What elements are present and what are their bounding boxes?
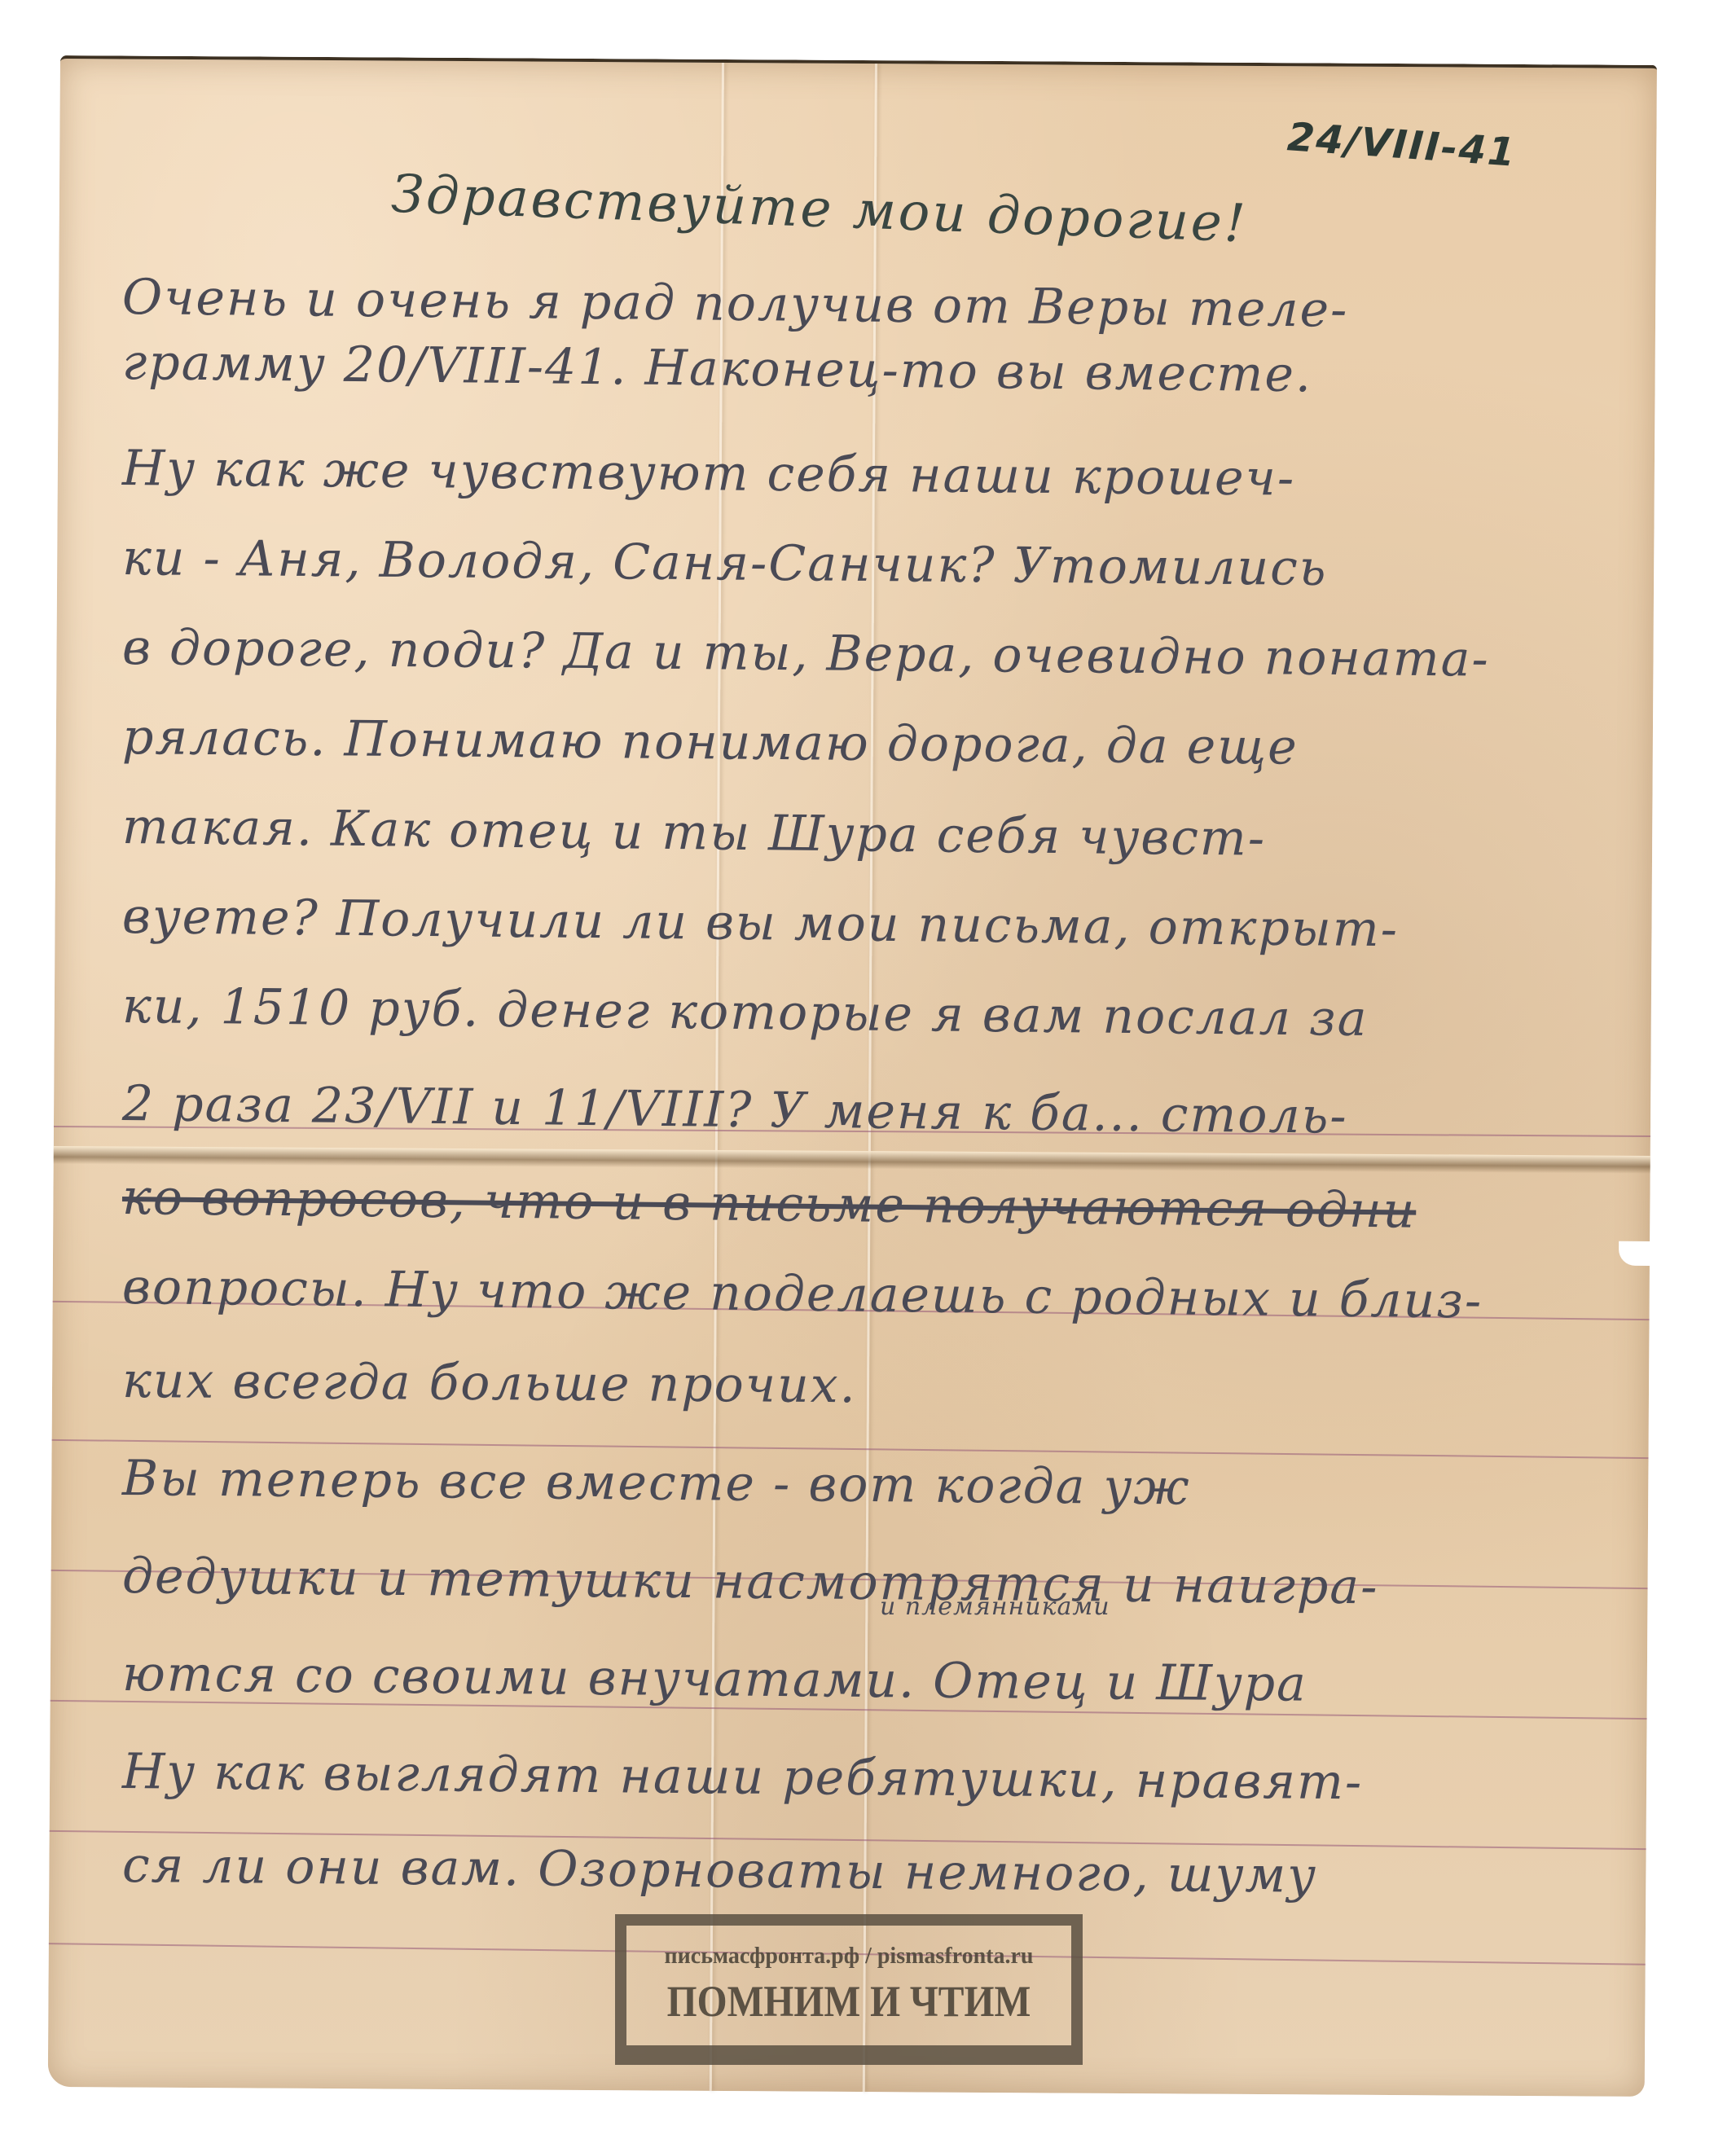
handwritten-line: в дороге, поди? Да и ты, Вера, очевидно … xyxy=(122,619,1490,688)
handwritten-line: ются со своими внучатами. Отец и Шура xyxy=(122,1645,1307,1713)
watermark-title: ПОМНИМ И ЧТИМ xyxy=(653,1976,1044,2027)
handwritten-line: ки - Аня, Володя, Саня-Санчик? Утомились xyxy=(122,529,1328,597)
handwritten-line: ся ли они вам. Озорноваты немного, шуму xyxy=(122,1837,1318,1904)
paper-tear xyxy=(1619,1241,1651,1266)
handwritten-line: дедушки и тетушки насмотрятся и наигра- xyxy=(122,1548,1379,1615)
handwritten-line: Ну как же чувствуют себя наши крошеч- xyxy=(122,440,1296,507)
handwritten-insertion: и племянниками xyxy=(880,1592,1110,1621)
handwritten-line: такая. Как отец и ты Шура себя чувст- xyxy=(122,798,1267,867)
horizontal-fold-crease xyxy=(54,1146,1650,1174)
handwritten-line: Вы теперь все вместе - вот когда уж xyxy=(122,1450,1191,1516)
handwritten-line: Ну как выглядят наши ребятушки, нравят- xyxy=(122,1743,1364,1811)
handwritten-line: рялась. Понимаю понимаю дорога, да еще xyxy=(122,709,1299,776)
watermark-url: письмасфронта.рф / pismasfronta.ru xyxy=(626,1944,1071,1970)
handwritten-line: ких всегда больше прочих. xyxy=(122,1352,857,1414)
watermark-stamp: письмасфронта.рф / pismasfronta.ru ПОМНИ… xyxy=(615,1914,1083,2065)
